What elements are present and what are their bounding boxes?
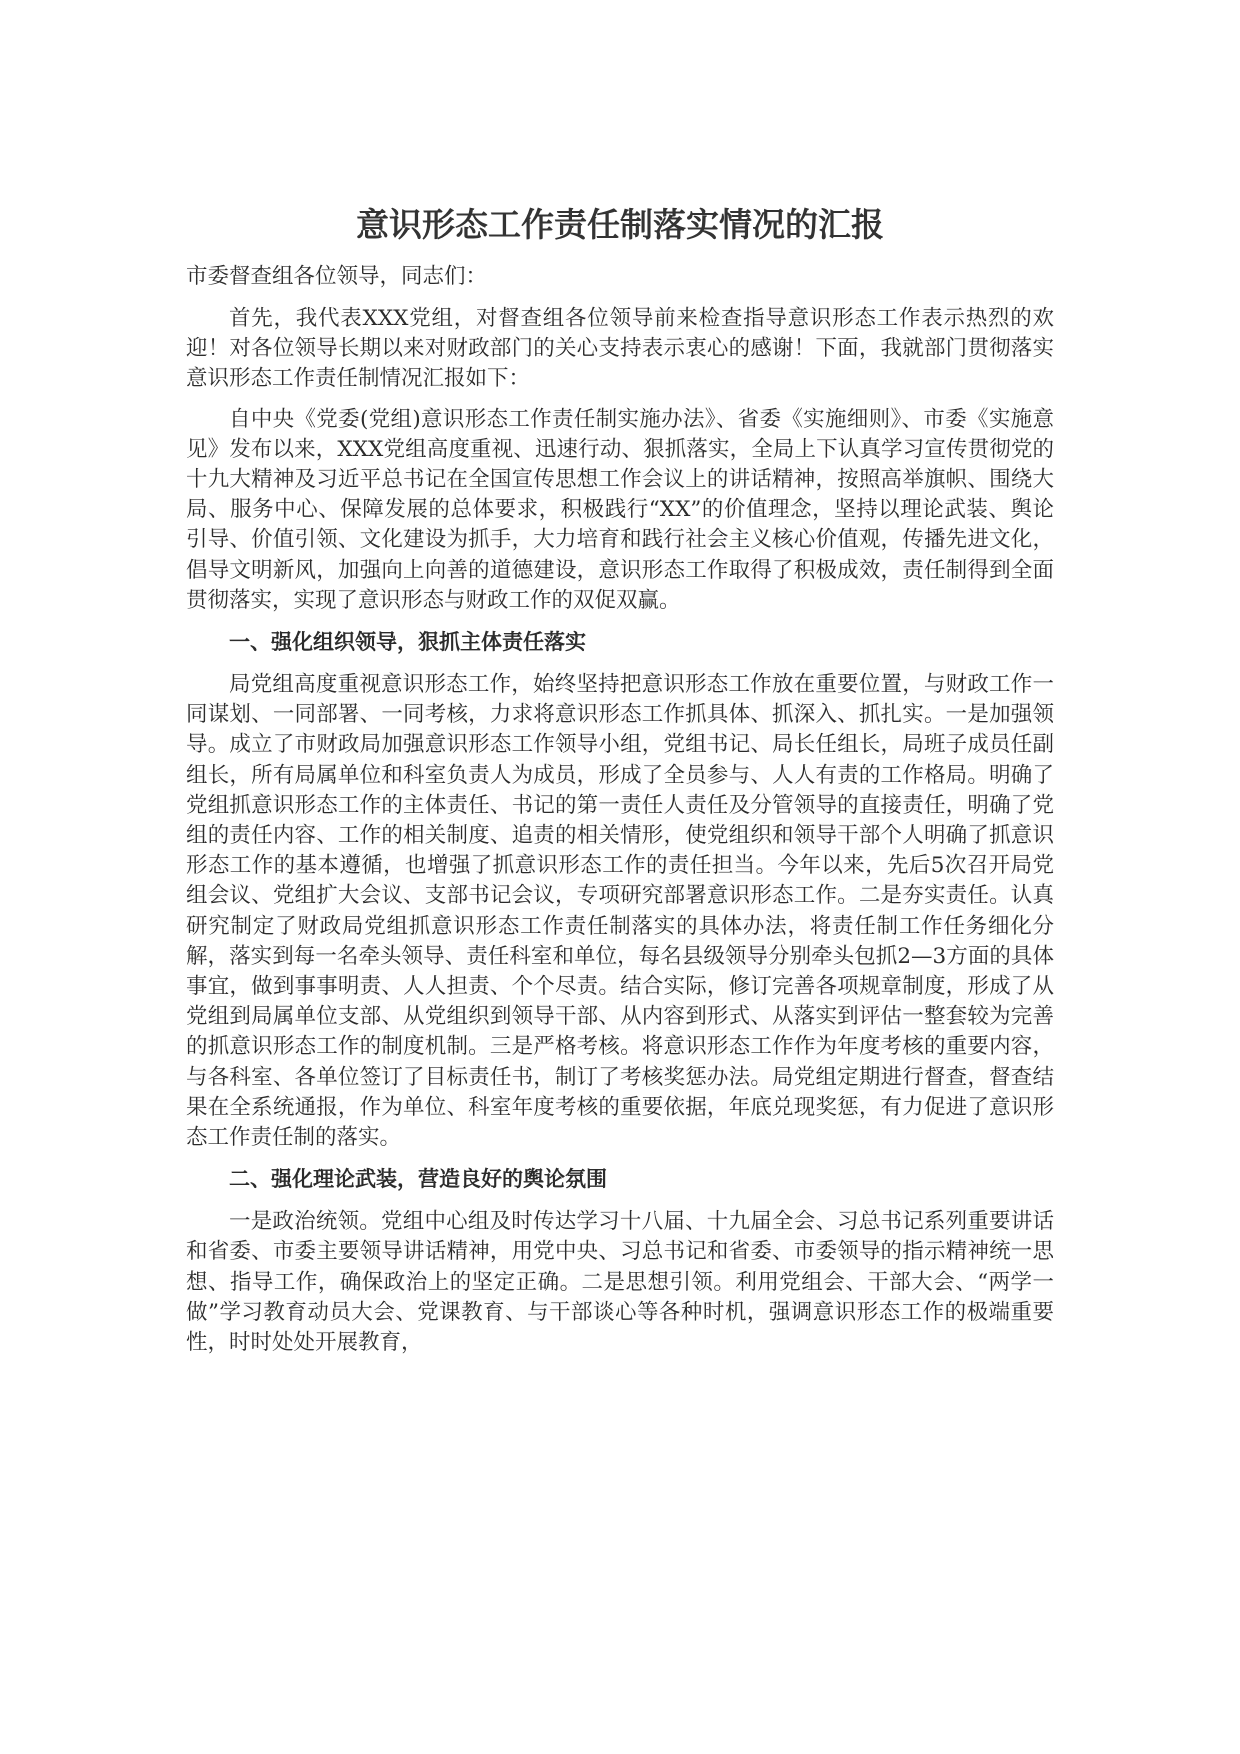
document-title: 意识形态工作责任制落实情况的汇报 bbox=[186, 200, 1054, 250]
document-page: 意识形态工作责任制落实情况的汇报 市委督查组各位领导，同志们： 首先，我代表XX… bbox=[186, 200, 1054, 1368]
section-heading-2: 二、强化理论武装，营造良好的舆论氛围 bbox=[186, 1163, 1054, 1195]
intro-paragraph-2: 自中央《党委(党组)意识形态工作责任制实施办法》、省委《实施细则》、市委《实施意… bbox=[186, 405, 1054, 616]
section-2-paragraph-1: 一是政治统领。党组中心组及时传达学习十八届、十九届全会、习总书记系列重要讲话和省… bbox=[186, 1207, 1054, 1358]
section-1-paragraph-1: 局党组高度重视意识形态工作，始终坚持把意识形态工作放在重要位置，与财政工作一同谋… bbox=[186, 670, 1054, 1153]
salutation: 市委督查组各位领导，同志们： bbox=[186, 262, 1054, 292]
intro-paragraph-1: 首先，我代表XXX党组，对督查组各位领导前来检查指导意识形态工作表示热烈的欢迎！… bbox=[186, 304, 1054, 395]
section-heading-1: 一、强化组织领导，狠抓主体责任落实 bbox=[186, 626, 1054, 658]
